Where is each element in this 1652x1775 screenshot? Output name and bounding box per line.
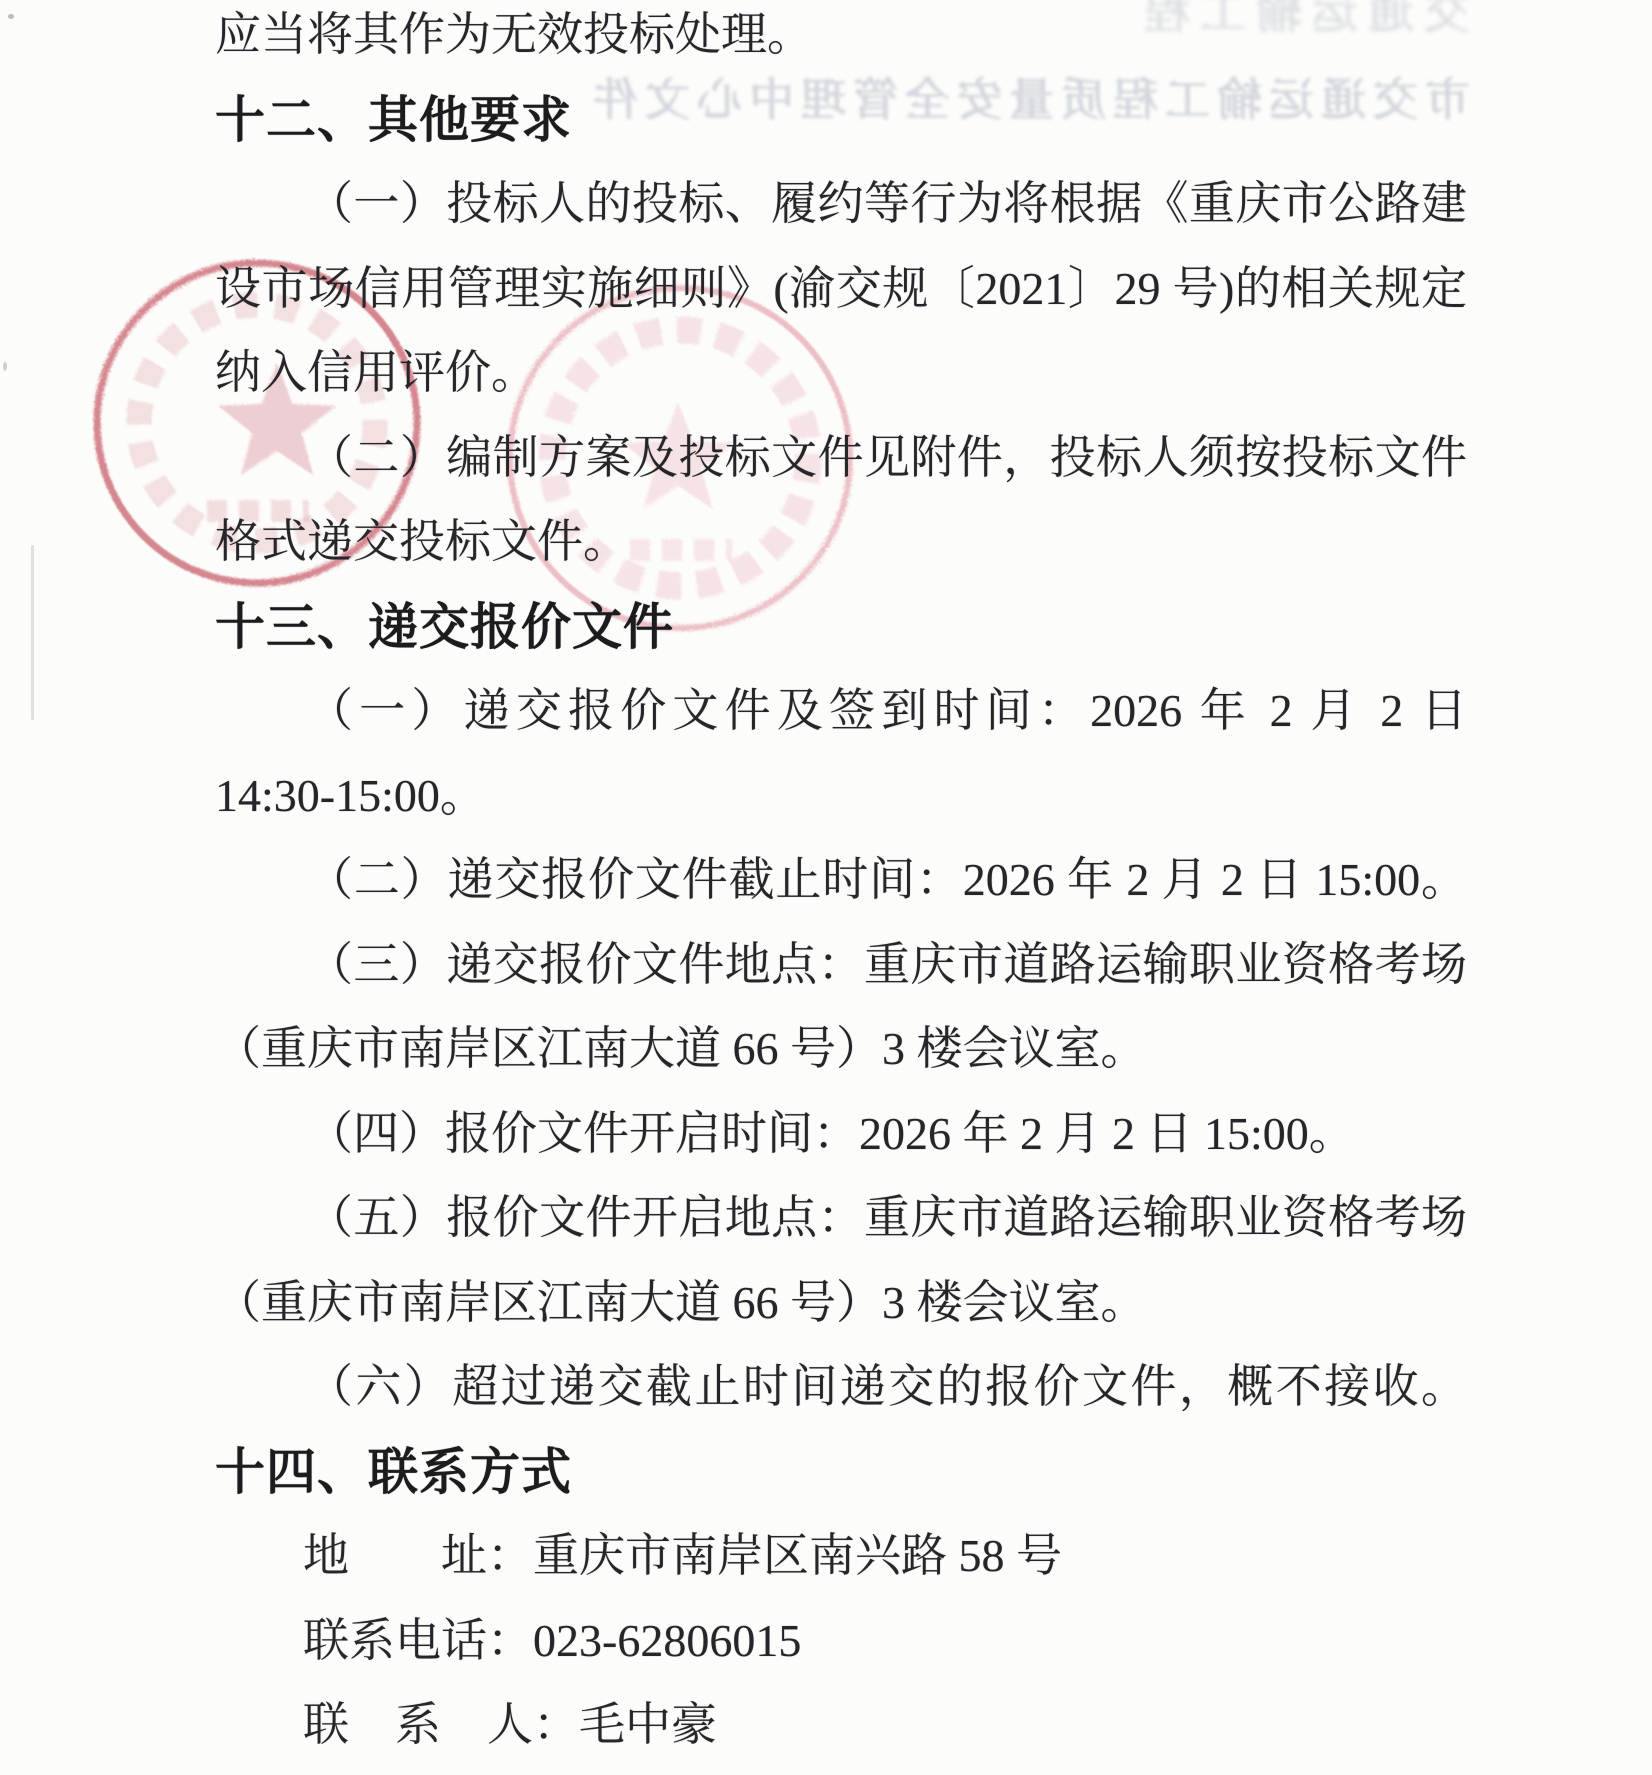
text-line: （一）投标人的投标、履约等行为将根据《重庆市公路建: [215, 162, 1467, 247]
text-line: 设市场信用管理实施细则》(渝交规〔2021〕29 号)的相关规定: [215, 247, 1467, 332]
section-heading: 十二、其他要求: [215, 78, 1467, 163]
text-line: 应当将其作为无效投标处理。: [215, 0, 1467, 78]
document-body: 应当将其作为无效投标处理。十二、其他要求（一）投标人的投标、履约等行为将根据《重…: [215, 0, 1467, 1768]
text-line: 格式递交投标文件。: [215, 500, 1467, 585]
text-line: （五）报价文件开启地点：重庆市道路运输职业资格考场: [215, 1176, 1467, 1261]
text-line: 14:30-15:00。: [215, 754, 1467, 839]
text-line: （六）超过递交截止时间递交的报价文件，概不接收。: [215, 1345, 1467, 1430]
text-line: 联系电话：023-62806015: [215, 1599, 1467, 1684]
text-line: （重庆市南岸区江南大道 66 号）3 楼会议室。: [215, 1261, 1467, 1346]
scanned-document-page: 交通运输工程 市交通运输工程质量安全管理中心文件: [0, 0, 1652, 1775]
section-heading: 十四、联系方式: [215, 1430, 1467, 1515]
text-line: （一）递交报价文件及签到时间：2026 年 2 月 2 日: [215, 669, 1467, 754]
scan-streak: [31, 545, 34, 720]
section-heading: 十三、递交报价文件: [215, 585, 1467, 670]
text-line: （四）报价文件开启时间：2026 年 2 月 2 日 15:00。: [215, 1092, 1467, 1177]
text-line: （重庆市南岸区江南大道 66 号）3 楼会议室。: [215, 1007, 1467, 1092]
scan-speck: [3, 362, 7, 371]
text-line: （二）编制方案及投标文件见附件，投标人须按投标文件: [215, 416, 1467, 501]
text-line: （二）递交报价文件截止时间：2026 年 2 月 2 日 15:00。: [215, 838, 1467, 923]
text-line: 地 址：重庆市南岸区南兴路 58 号: [215, 1514, 1467, 1599]
scan-speck: [8, 14, 14, 19]
text-line: （三）递交报价文件地点：重庆市道路运输职业资格考场: [215, 923, 1467, 1008]
text-line: 纳入信用评价。: [215, 331, 1467, 416]
text-line: 联 系 人：毛中豪: [215, 1683, 1467, 1768]
